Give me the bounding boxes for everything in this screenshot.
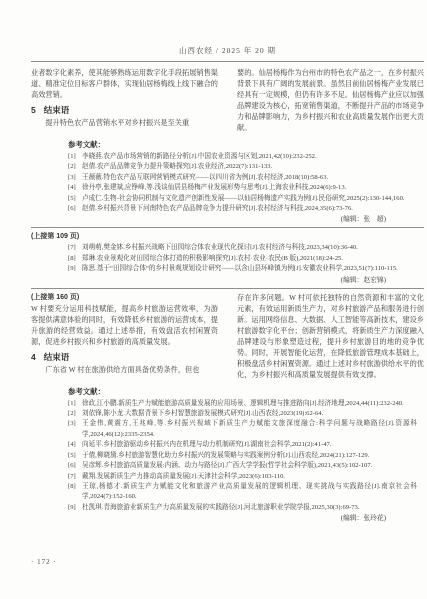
article3-conclusion-heading: 4结束语 [31, 352, 218, 362]
article1-reference-list: [1] 李晓燕.农产品市场营销的新路径分析[J].中国农业资源与区划,2021,… [68, 152, 417, 214]
reference-text: 郑琳.农业景观化对田园综合体打造的积极影响探究[J].农村·农业·农民(B 版)… [82, 254, 417, 264]
reference-number: [9] [68, 503, 82, 513]
reference-text: 向延平.乡村旅游驱动乡村振兴内在机理与动力机制研究[J].湖南社会科学,2021… [82, 440, 417, 450]
heading-title: 结束语 [44, 352, 70, 362]
article1-paragraph-continuation: 要的。仙居杨梅作为台州市的特色农产品之一，在乡村振兴背景下具有广阔的发展前景。虽… [237, 68, 424, 134]
reference-text: 吴彦辉.乡村旅游高质量发展:内涵、动力与路径[J].广西大学学报(哲学社会科学版… [82, 461, 417, 471]
reference-number: [6] [68, 461, 82, 471]
article3-references-section: 参考文献： [1] 徐政,江小鹏.新质生产力赋能旅游高质量发展的应用场景、逻辑机… [31, 387, 424, 524]
article2-reference-list-wrap: [7] 刘萌萌,樊金钵.乡村振兴战略下田园综合体农业现代化探讨[J].农村经济与… [31, 243, 424, 285]
reference-number: [3] [68, 419, 82, 440]
reference-text: 赵倩.农产品品牌竞争力提升策略探究[J].农业经济,2022(7):131-13… [82, 162, 417, 172]
reference-number: [5] [68, 451, 82, 461]
reference-number: [1] [68, 152, 82, 162]
reference-text: 王琼,杨德才.新质生产力赋能文化和旅游产业高质量发展的逻辑机理、现实挑战与实践路… [82, 482, 417, 503]
reference-number: [2] [68, 409, 82, 419]
reference-item: [7] 刘萌萌,樊金钵.乡村振兴战略下田园综合体农业现代化探讨[J].农村经济与… [68, 243, 417, 253]
heading-title: 结束语 [44, 105, 70, 115]
reference-text: 陈思.基于“田园综合体”的乡村景观规划设计研究——以含山县环峰镇为例[J].安徽… [82, 264, 417, 274]
reference-number: [4] [68, 440, 82, 450]
reference-item: [2] 刘依锋,陈小龙.大数据背景下乡村智慧旅游发展模式研究[J].山西农经,2… [68, 409, 417, 419]
article3-reference-list: [1] 徐政,江小鹏.新质生产力赋能旅游高质量发展的应用场景、逻辑机理与推进路向… [68, 399, 417, 513]
reference-item: [4] 向延平.乡村旅游驱动乡村振兴内在机理与动力机制研究[J].湖南社会科学,… [68, 440, 417, 450]
reference-text: 徐丹亭,张建斌,应铮峰,等.浅谈仙居县杨梅产业发展形势与思考[J].上海农业科技… [82, 183, 417, 193]
reference-text: 赵倩.乡村振兴背景下河南特色农产品品牌竞争力提升研究[J].农村经济与科技,20… [82, 204, 417, 214]
article1-conclusion-paragraph: 提升特色农产品营销水平对乡村振兴是至关重 [31, 118, 218, 129]
heading-number: 5 [31, 105, 36, 115]
article3-conclusion-section: (上接第 160 页) W 村要充分运用科技赋能，提高乡村旅游运营效率，为游客提… [31, 293, 424, 381]
article3-continued-from-label: (上接第 160 页) [31, 293, 218, 303]
reference-item: [6] 赵倩.乡村振兴背景下河南特色农产品品牌竞争力提升研究[J].农村经济与科… [68, 204, 417, 214]
reference-number: [2] [68, 162, 82, 172]
reference-text: 王薇薇.特色农产品互联网营销模式研究——以四川省为例[J].农村经济,2018(… [82, 173, 417, 183]
reference-number: [9] [68, 264, 82, 274]
reference-item: [6] 吴彦辉.乡村旅游高质量发展:内涵、动力与路径[J].广西大学学报(哲学社… [68, 461, 417, 471]
section-divider-2 [31, 288, 424, 289]
journal-page: 山西农经 / 2025 年 20 期 业者数字化素养，使其能够熟练运用数字化手段… [0, 0, 427, 599]
article2-editor-credit: (编辑：赵宏锦) [68, 276, 417, 286]
journal-header: 山西农经 / 2025 年 20 期 [31, 46, 424, 62]
reference-text: 于倩,柳晓黛.乡村旅游智慧化助力乡村振兴的发展策略与实践案例分析[J].山西农经… [82, 451, 417, 461]
reference-text: 刘依锋,陈小龙.大数据背景下乡村智慧旅游发展模式研究[J].山西农经,2023(… [82, 409, 417, 419]
article3-paragraph-continuation: 存在许多问题。W 村可依托独特的自然资源和丰富的文化元素，有效运用新质生产力，对… [237, 293, 424, 381]
reference-item: [8] 郑琳.农业景观化对田园综合体打造的积极影响探究[J].农村·农业·农民(… [68, 254, 417, 264]
article2-references-section: (上接第 109 页) [7] 刘萌萌,樊金钵.乡村振兴战略下田园综合体农业现代… [31, 232, 424, 285]
article1-paragraph-continued: 业者数字化素养，使其能够熟练运用数字化手段拓展销售渠道、精准定位目标客户群体，实… [31, 68, 218, 101]
article1-left-column: 业者数字化素养，使其能够熟练运用数字化手段拓展销售渠道、精准定位目标客户群体，实… [31, 68, 218, 134]
article1-references-section: 参考文献： [1] 李晓燕.农产品市场营销的新路径分析[J].中国农业资源与区划… [31, 140, 424, 225]
reference-number: [1] [68, 399, 82, 409]
reference-text: 徐政,江小鹏.新质生产力赋能旅游高质量发展的应用场景、逻辑机理与推进路向[J].… [82, 399, 417, 409]
reference-item: [9] 陈思.基于“田园综合体”的乡村景观规划设计研究——以含山县环峰镇为例[J… [68, 264, 417, 274]
reference-item: [7] 戴翔.发展新质生产力推动高质量发展[J].天津社会科学,2023(6):… [68, 472, 417, 482]
article2-continued-from-label: (上接第 109 页) [31, 232, 424, 242]
reference-item: [2] 赵倩.农产品品牌竞争力提升策略探究[J].农业经济,2022(7):13… [68, 162, 417, 172]
reference-item: [8] 王琼,杨德才.新质生产力赋能文化和旅游产业高质量发展的逻辑机理、现实挑战… [68, 482, 417, 503]
article3-right-column: 存在许多问题。W 村可依托独特的自然资源和丰富的文化元素，有效运用新质生产力，对… [237, 293, 424, 381]
reference-item: [9] 杜凯琪.青海旅游业新质生产力高质量发展的实践路径[J].河北旅游职业学院… [68, 503, 417, 513]
page-number: · 172 · [31, 558, 57, 566]
journal-issue-title: 山西农经 / 2025 年 20 期 [31, 46, 424, 55]
article2-reference-list: [7] 刘萌萌,樊金钵.乡村振兴战略下田园综合体农业现代化探讨[J].农村经济与… [68, 243, 417, 274]
article1-editor-credit: (编辑：张 超) [68, 215, 417, 225]
reference-item: [3] 王金伟,黄震方,王兆峰,等.乡村振兴视域下新质生产力赋能文旅深度融合:科… [68, 419, 417, 440]
reference-number: [5] [68, 194, 82, 204]
references-title: 参考文献： [68, 140, 417, 150]
reference-item: [4] 徐丹亭,张建斌,应铮峰,等.浅谈仙居县杨梅产业发展形势与思考[J].上海… [68, 183, 417, 193]
page-content: 山西农经 / 2025 年 20 期 业者数字化素养，使其能够熟练运用数字化手段… [0, 0, 427, 524]
reference-item: [1] 徐政,江小鹏.新质生产力赋能旅游高质量发展的应用场景、逻辑机理与推进路向… [68, 399, 417, 409]
article3-left-column: (上接第 160 页) W 村要充分运用科技赋能，提高乡村旅游运营效率，为游客提… [31, 293, 218, 381]
reference-number: [8] [68, 482, 82, 503]
article1-right-column: 要的。仙居杨梅作为台州市的特色农产品之一，在乡村振兴背景下具有广阔的发展前景。虽… [237, 68, 424, 134]
references-title: 参考文献： [68, 387, 417, 397]
reference-item: [1] 李晓燕.农产品市场营销的新路径分析[J].中国农业资源与区划,2021,… [68, 152, 417, 162]
reference-number: [7] [68, 243, 82, 253]
reference-text: 刘萌萌,樊金钵.乡村振兴战略下田园综合体农业现代化探讨[J].农村经济与科技,2… [82, 243, 417, 253]
reference-text: 戴翔.发展新质生产力推动高质量发展[J].天津社会科学,2023(6):103-… [82, 472, 417, 482]
heading-number: 4 [31, 352, 36, 362]
article1-conclusion-section: 业者数字化素养，使其能够熟练运用数字化手段拓展销售渠道、精准定位目标客户群体，实… [31, 68, 424, 134]
reference-text: 李晓燕.农产品市场营销的新路径分析[J].中国农业资源与区划,2021,42(1… [82, 152, 417, 162]
reference-item: [3] 王薇薇.特色农产品互联网营销模式研究——以四川省为例[J].农村经济,2… [68, 173, 417, 183]
reference-text: 卢成仁.生物-社会协同机制与文化遗产创新性发展——以仙居杨梅遗产实践为例[J].… [82, 194, 417, 204]
reference-number: [6] [68, 204, 82, 214]
reference-item: [5] 卢成仁.生物-社会协同机制与文化遗产创新性发展——以仙居杨梅遗产实践为例… [68, 194, 417, 204]
article3-editor-credit: (编辑：张玲花) [68, 514, 417, 524]
reference-number: [7] [68, 472, 82, 482]
reference-number: [8] [68, 254, 82, 264]
article1-conclusion-heading: 5结束语 [31, 105, 218, 115]
reference-text: 杜凯琪.青海旅游业新质生产力高质量发展的实践路径[J].河北旅游职业学院学报,2… [82, 503, 417, 513]
section-divider-1 [31, 227, 424, 228]
reference-text: 王金伟,黄震方,王兆峰,等.乡村振兴视域下新质生产力赋能文旅深度融合:科学问题与… [82, 419, 417, 440]
reference-number: [4] [68, 183, 82, 193]
article3-paragraph-continued: W 村要充分运用科技赋能，提高乡村旅游运营效率，为游客提供满意体验的同时，有效降… [31, 304, 218, 348]
reference-number: [3] [68, 173, 82, 183]
reference-item: [5] 于倩,柳晓黛.乡村旅游智慧化助力乡村振兴的发展策略与实践案例分析[J].… [68, 451, 417, 461]
header-rule [31, 61, 424, 62]
article3-conclusion-paragraph: 广东省 W 村在旅游供给方面具备优势条件，但也 [31, 365, 218, 376]
